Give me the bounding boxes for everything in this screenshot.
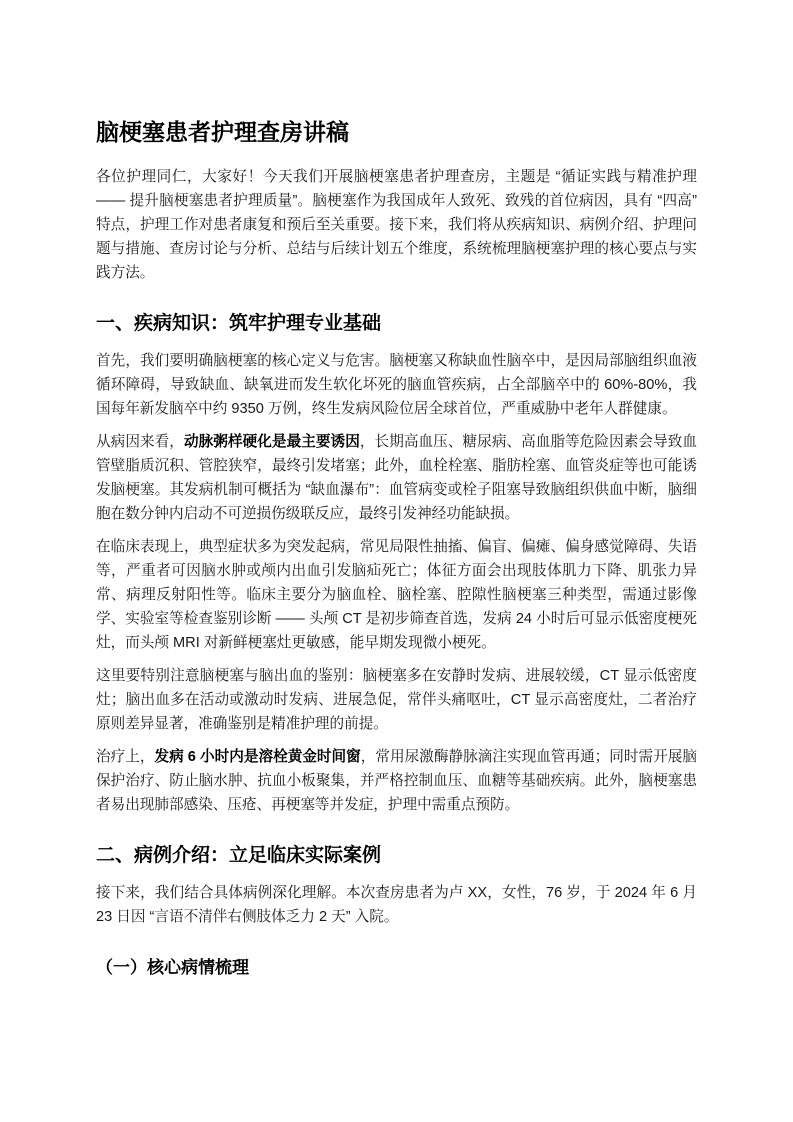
section-1-paragraph-clinical-manifestation: 在临床表现上，典型症状多为突发起病，常见局限性抽搐、偏盲、偏瘫、偏身感觉障碍、失… [96,535,697,655]
section-2-heading: 二、病例介绍：立足临床实际案例 [96,843,697,869]
section-2-paragraph-case-intro: 接下来，我们结合具体病例深化理解。本次查房患者为卢 XX，女性，76 岁，于 2… [96,881,697,929]
section-1-paragraph-treatment: 治疗上，发病 6 小时内是溶栓黄金时间窗，常用尿激酶静脉滴注实现血管再通；同时需… [96,745,697,817]
document-title: 脑梗塞患者护理查房讲稿 [96,117,697,147]
document-page: 脑梗塞患者护理查房讲稿 各位护理同仁，大家好！今天我们开展脑梗塞患者护理查房，主… [0,0,793,1122]
section-1-paragraph-differential-diagnosis: 这里要特别注意脑梗塞与脑出血的鉴别：脑梗塞多在安静时发病、进展较缓，CT 显示低… [96,664,697,736]
section-1-heading: 一、疾病知识：筑牢护理专业基础 [96,311,697,337]
section-2-sub-1-heading: （一）核心病情梳理 [96,956,697,980]
section-1-paragraph-etiology: 从病因来看，动脉粥样硬化是最主要诱因，长期高血压、糖尿病、高血脂等危险因素会导致… [96,430,697,526]
section-1-paragraph-definition: 首先，我们要明确脑梗塞的核心定义与危害。脑梗塞又称缺血性脑卒中，是因局部脑组织血… [96,349,697,421]
intro-paragraph: 各位护理同仁，大家好！今天我们开展脑梗塞患者护理查房，主题是 “循证实践与精准护… [96,165,697,285]
